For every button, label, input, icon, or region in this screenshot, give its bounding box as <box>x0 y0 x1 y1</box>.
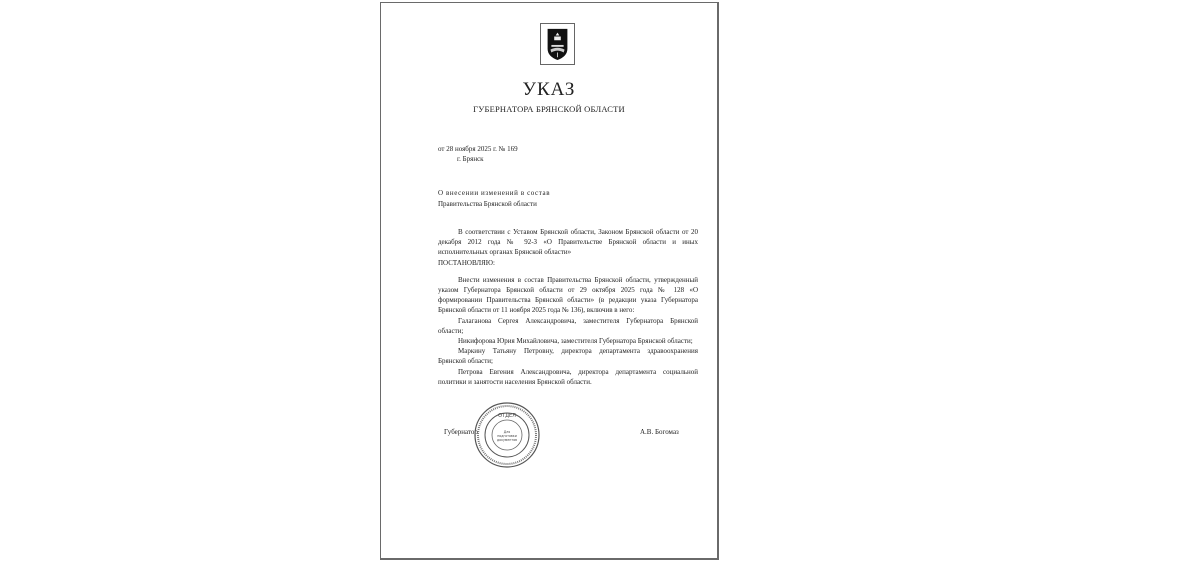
resolve-heading: ПОСТАНОВЛЯЮ: <box>438 258 698 268</box>
date-line: от 28 ноября 2025 г. № 169 <box>438 144 518 154</box>
document-page: УКАЗ ГУБЕРНАТОРА БРЯНСКОЙ ОБЛАСТИ от 28 … <box>380 2 719 560</box>
document-meta: от 28 ноября 2025 г. № 169 г. Брянск <box>438 144 518 164</box>
preamble: В соответствии с Уставом Брянской област… <box>438 227 698 258</box>
document-subtitle: ГУБЕРНАТОРА БРЯНСКОЙ ОБЛАСТИ <box>381 104 717 114</box>
official-stamp-icon: ОТДЕЛ Для подготовки документов <box>473 401 541 469</box>
svg-text:документов: документов <box>497 438 517 442</box>
member-item: Никифорова Юрия Михайловича, заместителя… <box>438 336 698 346</box>
signatory-name: А.В. Богомаз <box>640 428 679 436</box>
subject-line: О внесении изменений в состав <box>438 188 558 199</box>
clause: Внести изменения в состав Правительства … <box>438 275 698 316</box>
document-subject: О внесении изменений в состав Правительс… <box>438 188 558 210</box>
member-item: Петрова Евгения Александровича, директор… <box>438 367 698 387</box>
bryansk-coat-of-arms-icon <box>540 23 575 65</box>
document-title: УКАЗ <box>381 79 717 101</box>
member-item: Маркину Татьяну Петровну, директора депа… <box>438 346 698 366</box>
city: г. Брянск <box>438 154 518 164</box>
document-body: В соответствии с Уставом Брянской област… <box>438 227 698 387</box>
svg-text:ОТДЕЛ: ОТДЕЛ <box>498 413 516 419</box>
member-item: Галаганова Сергея Александровича, замест… <box>438 316 698 336</box>
subject-line: Правительства Брянской области <box>438 199 558 210</box>
